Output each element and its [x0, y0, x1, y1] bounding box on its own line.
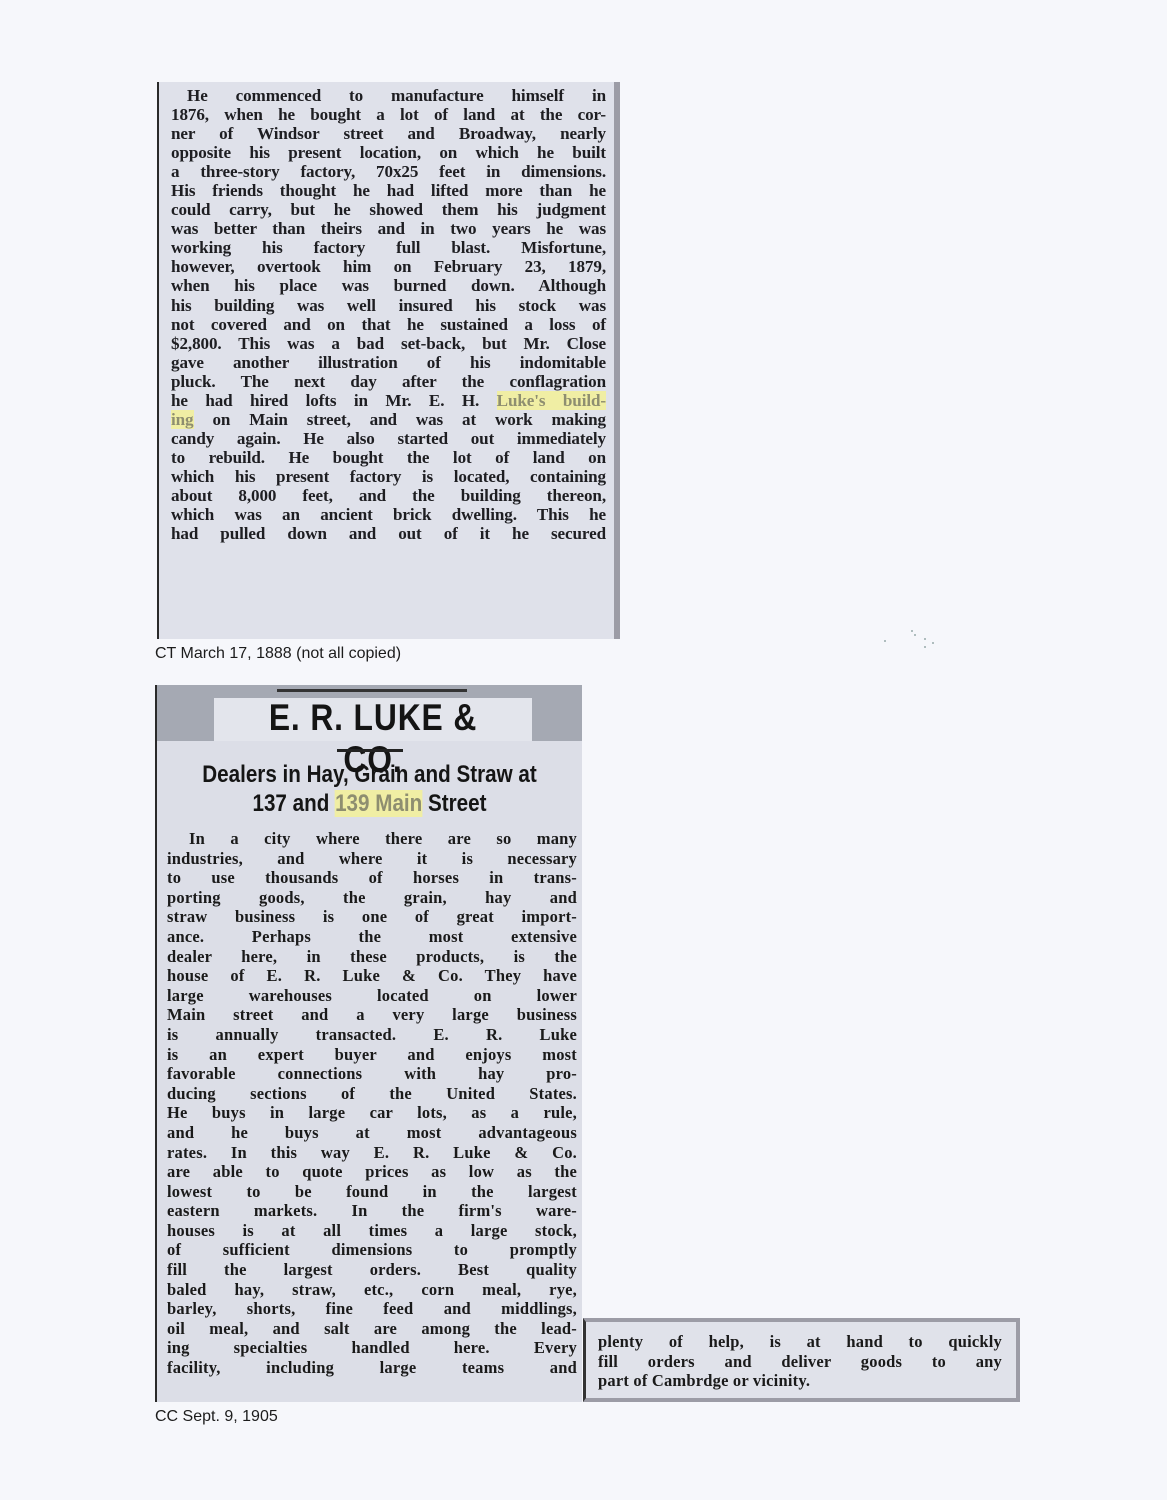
clipping-line: 1876, when he bought a lot of land at th… [171, 105, 606, 124]
article-body: In a city where there are so manyindustr… [167, 829, 577, 1378]
clipping-line: is annually transacted. E. R. Luke [167, 1025, 577, 1045]
clipping-line: is an expert buyer and enjoys most [167, 1045, 577, 1065]
clipping-caption-cc-1905: CC Sept. 9, 1905 [155, 1408, 278, 1426]
clipping-line: his building was well insured his stock … [171, 296, 606, 315]
clipping-line: large warehouses located on lower [167, 986, 577, 1006]
clipping-line-highlighted: he had hired lofts in Mr. E. H. Luke's b… [171, 391, 606, 410]
clipping-line: ance. Perhaps the most extensive [167, 927, 577, 947]
clipping-line: working his factory full blast. Misfortu… [171, 238, 606, 257]
divider-rule [337, 749, 403, 752]
clipping-line: opposite his present location, on which … [171, 143, 606, 162]
newspaper-clipping-continuation: plenty of help, is at hand to quicklyfil… [583, 1318, 1020, 1402]
clipping-line: could carry, but he showed them his judg… [171, 200, 606, 219]
clipping-line: baled hay, straw, etc., corn meal, rye, [167, 1280, 577, 1300]
subhead-text: Street [422, 790, 486, 817]
clipping-line: which his present factory is located, co… [171, 467, 606, 486]
search-highlight: Luke's build- [497, 391, 606, 410]
clipping-line: a three-story factory, 70x25 feet in dim… [171, 162, 606, 181]
clipping-line: and he buys at most advantageous [167, 1123, 577, 1143]
clipping-line: ducing sections of the United States. [167, 1084, 577, 1104]
clipping-line: not covered and on that he sustained a l… [171, 315, 606, 334]
clipping-line: He commenced to manufacture himself in [171, 86, 606, 105]
clipping-line: fill the largest orders. Best quality [167, 1260, 577, 1280]
article-subhead-address: 137 and 139 Main Street [187, 790, 553, 818]
clipping-line: house of E. R. Luke & Co. They have [167, 966, 577, 986]
clipping-line: of sufficient dimensions to promptly [167, 1240, 577, 1260]
clipping-line: candy again. He also started out immedia… [171, 429, 606, 448]
clipping-line: ner of Windsor street and Broadway, near… [171, 124, 606, 143]
clipping-line: straw business is one of great import- [167, 907, 577, 927]
clipping-line: industries, and where it is necessary [167, 849, 577, 869]
clipping-line: plenty of help, is at hand to quickly [598, 1332, 1002, 1352]
clipping-line: barley, shorts, fine feed and middlings, [167, 1299, 577, 1319]
clipping-line: rates. In this way E. R. Luke & Co. [167, 1143, 577, 1163]
clipping-line: are able to quote prices as low as the [167, 1162, 577, 1182]
clipping-line: however, overtook him on February 23, 18… [171, 257, 606, 276]
line-text: on Main street, and was at work making [212, 410, 606, 429]
clipping-line: to use thousands of horses in trans- [167, 868, 577, 888]
clipping-line: which was an ancient brick dwelling. Thi… [171, 505, 606, 524]
clipping-line: lowest to be found in the largest [167, 1182, 577, 1202]
clipping-line: ing specialties handled here. Every [167, 1338, 577, 1358]
clipping-line: had pulled down and out of it he secured [171, 524, 606, 543]
clipping-line: In a city where there are so many [167, 829, 577, 849]
search-highlight: ing [171, 410, 194, 429]
clipping-line: favorable connections with hay pro- [167, 1064, 577, 1084]
clipping-line: Main street and a very large business [167, 1005, 577, 1025]
search-highlight: 139 Main [335, 790, 422, 817]
scan-specks [880, 628, 940, 658]
clipping-caption-ct-1888: CT March 17, 1888 (not all copied) [155, 645, 401, 663]
clipping-line-highlighted: ing on Main street, and was at work maki… [171, 410, 606, 429]
clipping-line: when his place was burned down. Although [171, 276, 606, 295]
clipping-line: pluck. The next day after the conflagrat… [171, 372, 606, 391]
clipping-line: $2,800. This was a bad set-back, but Mr.… [171, 334, 606, 353]
clipping-line: facility, including large teams and [167, 1358, 577, 1378]
line-text: he had hired lofts in Mr. E. H. [171, 391, 497, 410]
clipping-line: fill orders and deliver goods to any [598, 1352, 1002, 1372]
newspaper-clipping-ct-1888: He commenced to manufacture himself in 1… [157, 82, 620, 639]
article-continuation: plenty of help, is at hand to quicklyfil… [598, 1332, 1004, 1391]
clipping-line: was better than theirs and in two years … [171, 219, 606, 238]
article-subhead: Dealers in Hay, Grain and Straw at [187, 761, 553, 789]
subhead-text: 137 and [252, 790, 335, 817]
clipping-line: houses is at all times a large stock, [167, 1221, 577, 1241]
clipping-line: eastern markets. In the firm's ware- [167, 1201, 577, 1221]
divider-rule [277, 689, 467, 692]
clipping-line: to rebuild. He bought the lot of land on [171, 448, 606, 467]
clipping-line: gave another illustration of his indomit… [171, 353, 606, 372]
clipping-line: about 8,000 feet, and the building there… [171, 486, 606, 505]
clipping-line: He buys in large car lots, as a rule, [167, 1103, 577, 1123]
clipping-line: His friends thought he had lifted more t… [171, 181, 606, 200]
clipping-line: porting goods, the grain, hay and [167, 888, 577, 908]
clipping-line: oil meal, and salt are among the lead- [167, 1319, 577, 1339]
clipping-line: part of Cambrdge or vicinity. [598, 1371, 1002, 1391]
newspaper-clipping-cc-1905: E. R. LUKE & CO. Dealers in Hay, Grain a… [155, 685, 582, 1402]
clipping-line: dealer here, in these products, is the [167, 947, 577, 967]
